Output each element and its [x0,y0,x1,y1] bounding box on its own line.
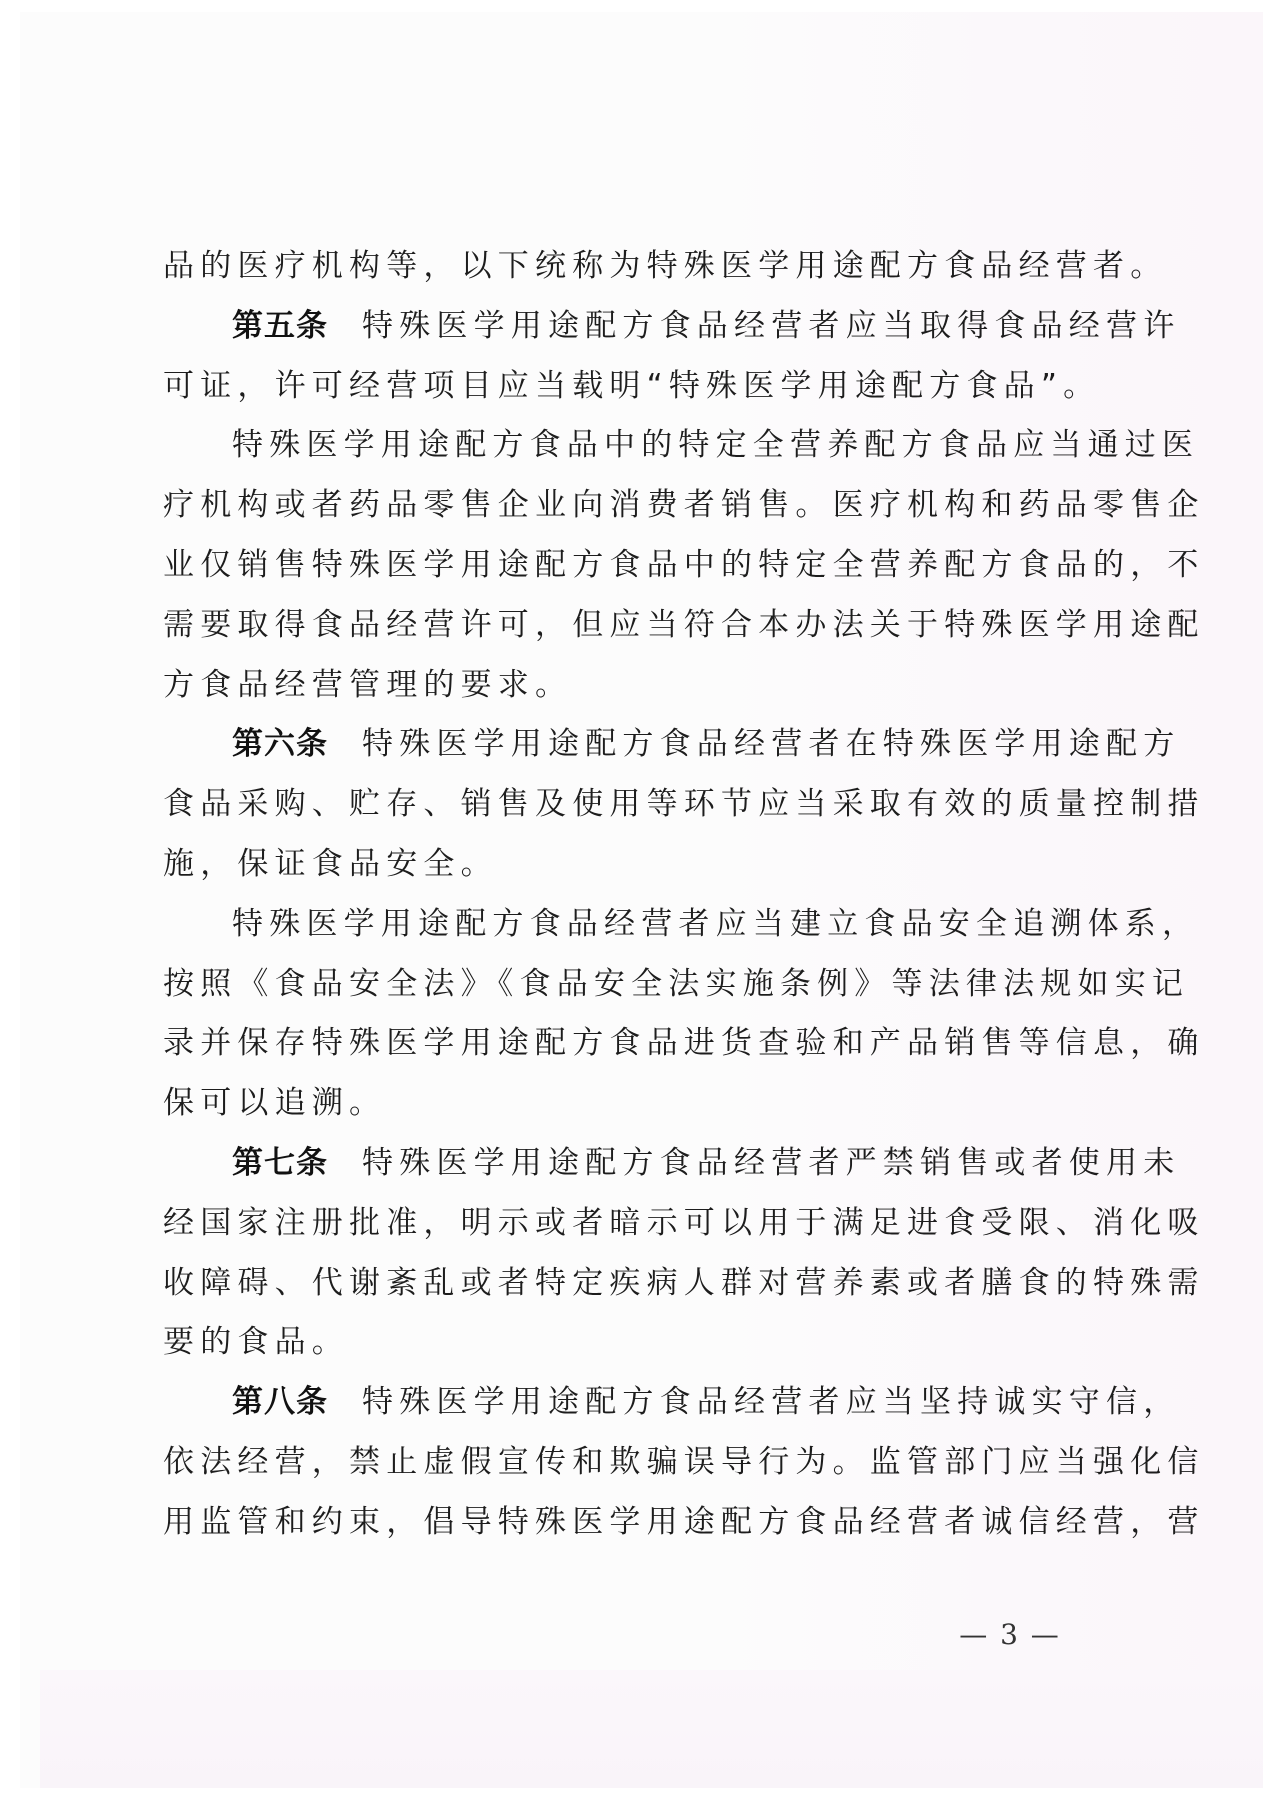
line-text: 特殊医学用途配方食品经营者严禁销售或者使用未 [362,1145,1180,1181]
text-line: 依法经营，禁止虚假宣传和欺骗误导行为。监管部门应当强化信 [163,1433,1103,1493]
line-text: 可证，许可经营项目应当载明“特殊医学用途配方食品”。 [163,368,1100,404]
text-line: 食品采购、贮存、销售及使用等环节应当采取有效的质量控制措 [163,775,1103,835]
line-text: 收障碍、代谢紊乱或者特定疾病人群对营养素或者膳食的特殊需 [163,1265,1205,1301]
line-text: 特殊医学用途配方食品经营者在特殊医学用途配方 [362,726,1180,762]
text-line: 施，保证食品安全。 [163,835,1103,895]
line-text: 用监管和约束，倡导特殊医学用途配方食品经营者诚信经营，营 [163,1504,1205,1540]
text-line: 方食品经营管理的要求。 [163,656,1103,716]
article-label: 第六条 [232,726,328,762]
article-label: 第八条 [232,1384,328,1420]
line-text: 保可以追溯。 [163,1085,386,1121]
scan-shading [40,1670,1263,1788]
paragraph-start-line: 特殊医学用途配方食品经营者应当建立食品安全追溯体系， [163,895,1103,955]
line-text: 要的食品。 [163,1324,349,1360]
text-line: 业仅销售特殊医学用途配方食品中的特定全营养配方食品的，不 [163,536,1103,596]
text-line: 保可以追溯。 [163,1074,1103,1134]
article-heading-line: 第七条特殊医学用途配方食品经营者严禁销售或者使用未 [163,1134,1103,1194]
article-label: 第七条 [232,1145,328,1181]
line-text: 特殊医学用途配方食品经营者应当坚持诚实守信， [362,1384,1180,1420]
article-label: 第五条 [232,308,328,344]
line-text: 按照《食品安全法》《食品安全法实施条例》等法律法规如实记 [163,966,1189,1002]
article-heading-line: 第六条特殊医学用途配方食品经营者在特殊医学用途配方 [163,715,1103,775]
text-line: 录并保存特殊医学用途配方食品进货查验和产品销售等信息，确 [163,1014,1103,1074]
text-line: 品的医疗机构等，以下统称为特殊医学用途配方食品经营者。 [163,237,1103,297]
line-text: 品的医疗机构等，以下统称为特殊医学用途配方食品经营者。 [163,248,1167,284]
text-line: 需要取得食品经营许可，但应当符合本办法关于特殊医学用途配 [163,596,1103,656]
text-line: 疗机构或者药品零售企业向消费者销售。医疗机构和药品零售企 [163,476,1103,536]
line-text: 录并保存特殊医学用途配方食品进货查验和产品销售等信息，确 [163,1025,1205,1061]
line-text: 特殊医学用途配方食品中的特定全营养配方食品应当通过医 [232,427,1199,463]
text-line: 收障碍、代谢紊乱或者特定疾病人群对营养素或者膳食的特殊需 [163,1254,1103,1314]
line-text: 特殊医学用途配方食品经营者应当取得食品经营许 [362,308,1180,344]
text-line: 经国家注册批准，明示或者暗示可以用于满足进食受限、消化吸 [163,1194,1103,1254]
line-text: 依法经营，禁止虚假宣传和欺骗误导行为。监管部门应当强化信 [163,1444,1205,1480]
text-line: 可证，许可经营项目应当载明“特殊医学用途配方食品”。 [163,357,1103,417]
text-line: 用监管和约束，倡导特殊医学用途配方食品经营者诚信经营，营 [163,1493,1103,1553]
line-text: 业仅销售特殊医学用途配方食品中的特定全营养配方食品的，不 [163,547,1205,583]
paragraph-start-line: 特殊医学用途配方食品中的特定全营养配方食品应当通过医 [163,416,1103,476]
line-text: 疗机构或者药品零售企业向消费者销售。医疗机构和药品零售企 [163,487,1205,523]
line-text: 食品采购、贮存、销售及使用等环节应当采取有效的质量控制措 [163,786,1205,822]
line-text: 施，保证食品安全。 [163,846,498,882]
article-heading-line: 第八条特殊医学用途配方食品经营者应当坚持诚实守信， [163,1373,1103,1433]
document-body: 品的医疗机构等，以下统称为特殊医学用途配方食品经营者。 第五条特殊医学用途配方食… [163,237,1103,1553]
page-number: — 3 — [940,1618,1080,1651]
article-heading-line: 第五条特殊医学用途配方食品经营者应当取得食品经营许 [163,297,1103,357]
line-text: 需要取得食品经营许可，但应当符合本办法关于特殊医学用途配 [163,607,1205,643]
text-line: 要的食品。 [163,1313,1103,1373]
text-line: 按照《食品安全法》《食品安全法实施条例》等法律法规如实记 [163,955,1103,1015]
line-text: 特殊医学用途配方食品经营者应当建立食品安全追溯体系， [232,906,1199,942]
line-text: 方食品经营管理的要求。 [163,667,572,703]
line-text: 经国家注册批准，明示或者暗示可以用于满足进食受限、消化吸 [163,1205,1205,1241]
